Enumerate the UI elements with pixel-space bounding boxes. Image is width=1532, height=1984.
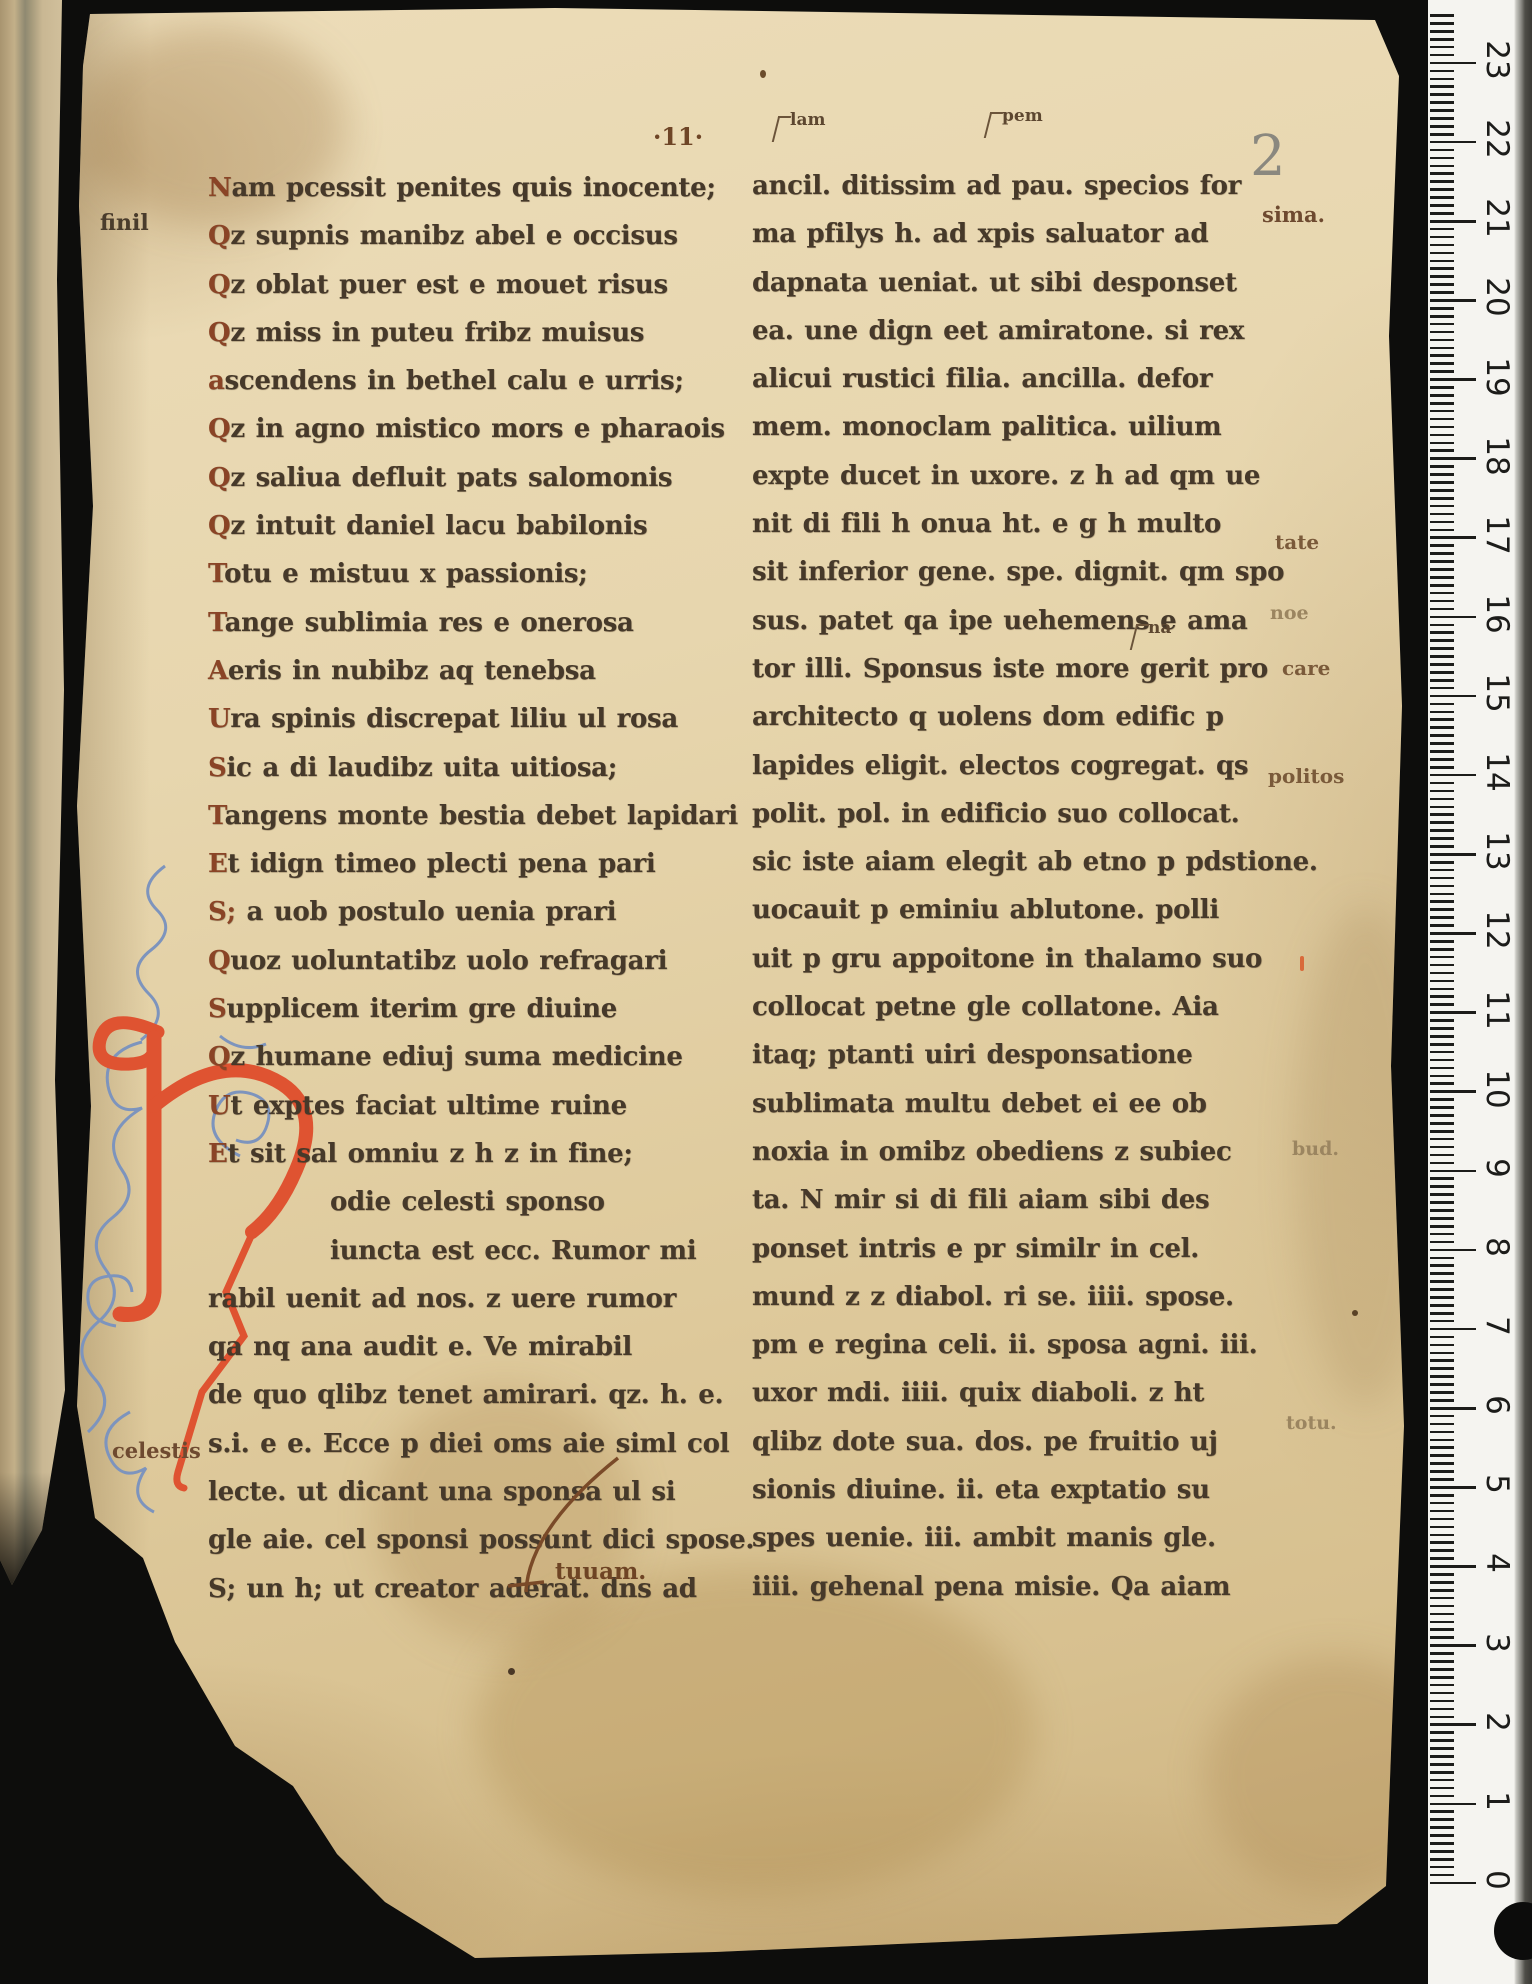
ruler-tick	[1430, 1462, 1454, 1465]
manuscript-line: mund z z diabol. ri se. iiii. spose.	[752, 1273, 1272, 1321]
ruler-tick	[1430, 655, 1454, 658]
ruler-tick	[1430, 687, 1454, 690]
manuscript-line: Qz miss in puteu fribz muisus	[208, 309, 728, 357]
ruler-tick	[1430, 1257, 1454, 1260]
ruler-tick	[1430, 1810, 1454, 1813]
ruler-tick-major	[1430, 1011, 1476, 1014]
ruler-tick	[1430, 1589, 1454, 1592]
ruler-tick	[1430, 568, 1454, 571]
ruler-tick	[1430, 829, 1454, 832]
ruler-tick	[1430, 980, 1454, 983]
ruler-tick	[1430, 679, 1454, 682]
manuscript-line: sit inferior gene. spe. dignit. qm spo	[752, 548, 1272, 596]
manuscript-line: Ut exptes faciat ultime ruine	[208, 1082, 728, 1130]
ruler-tick	[1430, 370, 1454, 373]
manuscript-line: Sic a di laudibz uita uitiosa;	[208, 744, 728, 792]
ruler-tick	[1430, 22, 1454, 25]
ruler-tick	[1430, 671, 1454, 674]
ruler-tick	[1430, 964, 1454, 967]
ruler-tick	[1430, 133, 1454, 136]
ruler-tick	[1430, 1288, 1454, 1291]
ruler-tick	[1430, 481, 1454, 484]
ruler-tick-major	[1430, 774, 1476, 777]
ruler-tick	[1430, 1003, 1454, 1006]
ruler-tick	[1430, 821, 1454, 824]
ruler-tick	[1430, 1747, 1454, 1750]
ruler-tick	[1430, 1470, 1454, 1473]
manuscript-line: Qz oblat puer est e mouet risus	[208, 261, 728, 309]
ruler-tick-major	[1430, 299, 1476, 302]
manuscript-line: Qz in agno mistico mors e pharaois	[208, 405, 728, 453]
ruler-tick	[1430, 544, 1454, 547]
ruler-tick-major	[1430, 1328, 1476, 1331]
ruler-number: 12	[1479, 909, 1515, 951]
ruler-tick	[1430, 1858, 1454, 1861]
ruler-tick-major	[1430, 695, 1476, 698]
manuscript-line: s.i. e e. Ecce p diei oms aie siml col	[208, 1420, 728, 1468]
ruler-tick-major	[1430, 1565, 1476, 1568]
ruler-number: 11	[1479, 989, 1515, 1031]
ruler-tick	[1430, 592, 1454, 595]
ruler-tick	[1430, 703, 1454, 706]
manuscript-line: Tangens monte bestia debet lapidari	[208, 792, 728, 840]
ruler-tick-major	[1430, 220, 1476, 223]
ruler-number: 4	[1479, 1542, 1515, 1584]
ruler-number: 8	[1479, 1226, 1515, 1268]
ruler-tick	[1430, 995, 1454, 998]
ruler-tick	[1430, 196, 1454, 199]
ruler-tick	[1430, 1114, 1454, 1117]
ruler-tick	[1430, 109, 1454, 112]
ruler-tick	[1430, 1098, 1454, 1101]
manuscript-line: dapnata ueniat. ut sibi desponset	[752, 259, 1272, 307]
ruler-tick	[1430, 1431, 1454, 1434]
manuscript-line: alicui rustici filia. ancilla. defor	[752, 355, 1272, 403]
ruler-tick	[1430, 291, 1454, 294]
ruler-tick	[1430, 1771, 1454, 1774]
ruler-tick	[1430, 1415, 1454, 1418]
ruler-number: 7	[1479, 1305, 1515, 1347]
manuscript-line: gle aie. cel sponsi possunt dici spose.	[208, 1516, 728, 1564]
ruler-tick	[1430, 782, 1454, 785]
parchment-stain	[1205, 1656, 1465, 1896]
manuscript-line: ascendens in bethel calu e urris;	[208, 357, 728, 405]
ruler-number: 3	[1479, 1622, 1515, 1664]
ruler-tick	[1430, 1668, 1454, 1671]
ruler-tick	[1430, 513, 1454, 516]
ruler-tick	[1430, 117, 1454, 120]
ruler-tick	[1430, 885, 1454, 888]
ruler-number: 5	[1479, 1463, 1515, 1505]
ruler-tick	[1430, 521, 1454, 524]
ruler-tick-major	[1430, 536, 1476, 539]
ruler-tick	[1430, 244, 1454, 247]
ruler-tick	[1430, 908, 1454, 911]
margin-note: noe	[1270, 602, 1309, 624]
ruler-tick	[1430, 1272, 1454, 1275]
ruler-tick	[1430, 608, 1454, 611]
ruler-tick	[1430, 1154, 1454, 1157]
manuscript-line: sublimata multu debet ei ee ob	[752, 1080, 1272, 1128]
margin-note: politos	[1268, 764, 1344, 788]
ruler-tick	[1430, 1534, 1454, 1537]
ruler-tick	[1430, 1352, 1454, 1355]
ruler-tick	[1430, 734, 1454, 737]
manuscript-line: de quo qlibz tenet amirari. qz. h. e.	[208, 1371, 728, 1419]
ruler-tick	[1430, 1866, 1454, 1869]
ruler-tick	[1430, 85, 1454, 88]
ruler-tick	[1430, 1367, 1454, 1370]
manuscript-line: lecte. ut dicant una sponsa ul si	[208, 1468, 728, 1516]
manuscript-line: uocauit p eminiu ablutone. polli	[752, 886, 1272, 934]
margin-note: tate	[1275, 530, 1319, 554]
manuscript-line: architecto q uolens dom edific p	[752, 693, 1272, 741]
ruler-tick	[1430, 1700, 1454, 1703]
ruler-tick	[1430, 893, 1454, 896]
ruler-tick-major	[1430, 1644, 1476, 1647]
manuscript-line: odie celesti sponso	[208, 1178, 728, 1226]
pencil-foliation: 2	[1250, 124, 1286, 189]
ruler-number: 21	[1479, 197, 1515, 239]
ruler-tick	[1430, 1241, 1454, 1244]
ruler-number: 20	[1479, 276, 1515, 318]
ruler-tick	[1430, 331, 1454, 334]
ruler-tick	[1430, 529, 1454, 532]
ruler-tick	[1430, 505, 1454, 508]
ruler-tick	[1430, 93, 1454, 96]
ruler-tick	[1430, 560, 1454, 563]
margin-note: care	[1282, 656, 1330, 680]
ruler-tick	[1430, 718, 1454, 721]
manuscript-line: collocat petne gle collatone. Aia	[752, 983, 1272, 1031]
interlinear-gloss: na	[1148, 618, 1171, 638]
margin-note: sima.	[1262, 202, 1325, 227]
ruler-tick	[1430, 1059, 1454, 1062]
ruler-tick	[1430, 576, 1454, 579]
ruler-tick	[1430, 790, 1454, 793]
ruler-tick	[1430, 1763, 1454, 1766]
manuscript-line: Quoz uoluntatibz uolo refragari	[208, 937, 728, 985]
ruler-number: 10	[1479, 1068, 1515, 1110]
ruler-tick	[1430, 948, 1454, 951]
ruler-tick	[1430, 1336, 1454, 1339]
ruler-tick	[1430, 30, 1454, 33]
ruler-tick	[1430, 1075, 1454, 1078]
ruler-tick	[1430, 1874, 1454, 1877]
ruler-tick	[1430, 1201, 1454, 1204]
ruler-tick	[1430, 1613, 1454, 1616]
ruler-tick	[1430, 1106, 1454, 1109]
text-column-left: Nam pcessit penites quis inocente;Qz sup…	[208, 164, 728, 1613]
ruler-tick	[1430, 1185, 1454, 1188]
ruler-tick	[1430, 1344, 1454, 1347]
ruler-tick-major	[1430, 141, 1476, 144]
manuscript-line: sic iste aiam elegit ab etno p pdstione.	[752, 838, 1272, 886]
manuscript-line: iuncta est ecc. Rumor mi	[208, 1227, 728, 1275]
margin-note: celestis	[112, 1438, 201, 1463]
ruler-tick	[1430, 798, 1454, 801]
manuscript-line: Et sit sal omniu z h z in fine;	[208, 1130, 728, 1178]
ruler-tick-major	[1430, 1170, 1476, 1173]
manuscript-line: mem. monoclam palitica. uilium	[752, 403, 1272, 451]
ruler-tick	[1430, 877, 1454, 880]
ruler-number: 17	[1479, 514, 1515, 556]
ruler-tick	[1430, 869, 1454, 872]
ruler-tick	[1430, 647, 1454, 650]
ruler-tick	[1430, 1035, 1454, 1038]
ruler-tick	[1430, 1716, 1454, 1719]
ruler-tick	[1430, 275, 1454, 278]
ruler-tick	[1430, 584, 1454, 587]
ruler-tick	[1430, 1304, 1454, 1307]
ruler-number: 15	[1479, 672, 1515, 714]
ruler-tick	[1430, 1359, 1454, 1362]
ruler-tick	[1430, 1826, 1454, 1829]
ruler-tick	[1430, 1225, 1454, 1228]
ruler-number: 19	[1479, 356, 1515, 398]
ruler-tick-major	[1430, 1723, 1476, 1726]
interlinear-gloss: pem	[1002, 106, 1043, 126]
ruler-tick	[1430, 663, 1454, 666]
manuscript-line: sus. patet qa ipe uehemens e ama	[752, 597, 1272, 645]
manuscript-line: lapides eligit. electos cogregat. qs	[752, 742, 1272, 790]
manuscript-line: Supplicem iterim gre diuine	[208, 985, 728, 1033]
margin-note: bud.	[1292, 1138, 1339, 1160]
ruler-tick	[1430, 726, 1454, 729]
ruler-tick	[1430, 1573, 1454, 1576]
ruler-tick	[1430, 1581, 1454, 1584]
ruler-tick	[1430, 267, 1454, 270]
ruler-tick-major	[1430, 932, 1476, 935]
manuscript-line: Qz saliua defluit pats salomonis	[208, 454, 728, 502]
ruler-tick	[1430, 1597, 1454, 1600]
ruler-tick	[1430, 956, 1454, 959]
text-column-right: ancil. ditissim ad pau. specios forma pf…	[752, 162, 1272, 1611]
ruler-tick	[1430, 1027, 1454, 1030]
ruler-tick	[1430, 386, 1454, 389]
manuscript-line: S; a uob postulo uenia prari	[208, 888, 728, 936]
ruler-tick-major	[1430, 457, 1476, 460]
ruler-tick	[1430, 631, 1454, 634]
ruler-tick	[1430, 1454, 1454, 1457]
ruler-tick	[1430, 402, 1454, 405]
ruler-tick	[1430, 418, 1454, 421]
margin-note: totu.	[1286, 1412, 1337, 1434]
ruler-tick	[1430, 1082, 1454, 1085]
ruler-tick	[1430, 426, 1454, 429]
ruler-tick	[1430, 394, 1454, 397]
ink-speck	[508, 1668, 515, 1675]
photograph: ·11· Nam pcessit penites quis inocente;Q…	[0, 0, 1532, 1984]
ruler-corner-dot	[1494, 1902, 1532, 1960]
manuscript-line: Aeris in nubibz aq tenebsa	[208, 647, 728, 695]
ruler-tick	[1430, 916, 1454, 919]
ruler-tick	[1430, 1731, 1454, 1734]
ruler-tick	[1430, 14, 1454, 17]
ruler-tick	[1430, 1518, 1454, 1521]
ruler-number: 18	[1479, 435, 1515, 477]
ruler-tick	[1430, 988, 1454, 991]
ruler-tick	[1430, 1162, 1454, 1165]
ruler-number: 22	[1479, 118, 1515, 160]
ruler-tick	[1430, 180, 1454, 183]
ruler-tick	[1430, 624, 1454, 627]
ruler-tick	[1430, 1217, 1454, 1220]
ruler-number: 2	[1479, 1701, 1515, 1743]
manuscript-line: noxia in omibz obediens z subiec	[752, 1128, 1272, 1176]
ruler-tick	[1430, 845, 1454, 848]
ruler-tick	[1430, 307, 1454, 310]
ruler-tick	[1430, 228, 1454, 231]
ruler-tick	[1430, 924, 1454, 927]
ruler-tick	[1430, 750, 1454, 753]
manuscript-line: tor illi. Sponsus iste more gerit pro	[752, 645, 1272, 693]
manuscript-line: spes uenie. iii. ambit manis gle.	[752, 1514, 1272, 1562]
ink-speck	[760, 70, 766, 78]
ruler-tick	[1430, 758, 1454, 761]
ruler-tick	[1430, 339, 1454, 342]
ruler-tick-major	[1430, 1486, 1476, 1489]
ruler-tick	[1430, 1541, 1454, 1544]
ruler-tick	[1430, 497, 1454, 500]
ruler-tick	[1430, 552, 1454, 555]
ink-speck	[1352, 1310, 1358, 1316]
ruler-tick	[1430, 837, 1454, 840]
margin-note: finil	[100, 210, 149, 236]
ruler-tick	[1430, 742, 1454, 745]
folio-number: ·11·	[653, 122, 703, 151]
ruler-tick	[1430, 1787, 1454, 1790]
ruler-number: 6	[1479, 1384, 1515, 1426]
manuscript-line: Et idign timeo plecti pena pari	[208, 840, 728, 888]
manuscript-line: itaq; ptanti uiri desponsatione	[752, 1031, 1272, 1079]
ruler-number: 9	[1479, 1147, 1515, 1189]
ruler-tick	[1430, 1628, 1454, 1631]
manuscript-line: qa nq ana audit e. Ve mirabil	[208, 1323, 728, 1371]
ruler-tick	[1430, 1660, 1454, 1663]
manuscript-line: Totu e mistuu x passionis;	[208, 550, 728, 598]
ruler-tick	[1430, 1122, 1454, 1125]
ruler-tick	[1430, 354, 1454, 357]
ruler-tick	[1430, 1264, 1454, 1267]
ruler-tick	[1430, 1130, 1454, 1133]
manuscript-line: ma pfilys h. ad xpis saluator ad	[752, 210, 1272, 258]
manuscript-line: S; un h; ut creator aderat. dns ad	[208, 1565, 728, 1613]
ruler-tick	[1430, 1549, 1454, 1552]
ruler-tick	[1430, 157, 1454, 160]
manuscript-line: qlibz dote sua. dos. pe fruitio uj	[752, 1418, 1272, 1466]
ruler-tick	[1430, 1850, 1454, 1853]
interlinear-gloss: lam	[790, 110, 825, 130]
ruler-tick	[1430, 1383, 1454, 1386]
ruler-tick	[1430, 410, 1454, 413]
manuscript-line: Qz supnis manibz abel e occisus	[208, 212, 728, 260]
manuscript-line: Qz humane ediuj suma medicine	[208, 1033, 728, 1081]
ruler-tick	[1430, 442, 1454, 445]
ruler-tick	[1430, 465, 1454, 468]
ruler-tick	[1430, 1621, 1454, 1624]
ruler-tick	[1430, 165, 1454, 168]
ruler-tick	[1430, 1494, 1454, 1497]
manuscript-line: ponset intris e pr similr in cel.	[752, 1225, 1272, 1273]
ruler-tick	[1430, 711, 1454, 714]
ruler-tick	[1430, 972, 1454, 975]
ruler-tick	[1430, 1233, 1454, 1236]
manuscript-line: Ura spinis discrepat liliu ul rosa	[208, 695, 728, 743]
ruler-tick	[1430, 1557, 1454, 1560]
ruler-tick	[1430, 1177, 1454, 1180]
ruler-number: 16	[1479, 593, 1515, 635]
manuscript-line: ea. une dign eet amiratone. si rex	[752, 307, 1272, 355]
ruler-tick	[1430, 172, 1454, 175]
manuscript-line: Qz intuit daniel lacu babilonis	[208, 502, 728, 550]
ruler-tick	[1430, 1312, 1454, 1315]
ruler-tick	[1430, 1193, 1454, 1196]
ruler-tick	[1430, 1320, 1454, 1323]
ruler-tick	[1430, 212, 1454, 215]
ruler-tick	[1430, 1296, 1454, 1299]
ruler-tick	[1430, 1423, 1454, 1426]
ruler-tick	[1430, 1755, 1454, 1758]
ruler-tick-major	[1430, 62, 1476, 65]
ruler-tick	[1430, 1375, 1454, 1378]
ruler-tick	[1430, 315, 1454, 318]
ruler-tick	[1430, 900, 1454, 903]
ruler-tick	[1430, 1391, 1454, 1394]
red-ink-mark	[1300, 956, 1304, 971]
ruler-number: 23	[1479, 39, 1515, 81]
ruler-tick	[1430, 54, 1454, 57]
ruler-tick	[1430, 1510, 1454, 1513]
manuscript-line: sionis diuine. ii. eta exptatio su	[752, 1466, 1272, 1514]
manuscript-line: uit p gru appoitone in thalamo suo	[752, 935, 1272, 983]
ruler-tick	[1430, 1676, 1454, 1679]
ruler-number: 13	[1479, 830, 1515, 872]
ruler-tick	[1430, 473, 1454, 476]
ruler-number: 1	[1479, 1780, 1515, 1822]
ruler-tick	[1430, 252, 1454, 255]
ruler-tick-major	[1430, 853, 1476, 856]
manuscript-line: expte ducet in uxore. z h ad qm ue	[752, 452, 1272, 500]
ruler-tick	[1430, 1019, 1454, 1022]
ruler-tick	[1430, 204, 1454, 207]
ruler-tick	[1430, 940, 1454, 943]
manuscript-line: nit di fili h onua ht. e g h multo	[752, 500, 1272, 548]
ruler-tick	[1430, 1818, 1454, 1821]
ruler-tick	[1430, 1605, 1454, 1608]
ruler-tick	[1430, 1708, 1454, 1711]
ruler-tick	[1430, 260, 1454, 263]
ruler-tick	[1430, 1146, 1454, 1149]
ruler-tick	[1430, 1834, 1454, 1837]
manuscript-page: ·11· Nam pcessit penites quis inocente;Q…	[55, 6, 1407, 1958]
ruler-tick	[1430, 78, 1454, 81]
measurement-ruler: 01234567891011121314151617181920212223	[1428, 0, 1532, 1984]
ruler-tick	[1430, 639, 1454, 642]
ruler-tick	[1430, 1399, 1454, 1402]
ruler-number: 0	[1479, 1859, 1515, 1901]
ruler-tick	[1430, 1684, 1454, 1687]
ruler-tick	[1430, 1446, 1454, 1449]
ruler-tick	[1430, 1138, 1454, 1141]
manuscript-line: rabil uenit ad nos. z uere rumor	[208, 1275, 728, 1323]
manuscript-line: Tange sublimia res e onerosa	[208, 599, 728, 647]
ruler-tick	[1430, 1439, 1454, 1442]
manuscript-line: polit. pol. in edificio suo collocat.	[752, 790, 1272, 838]
ruler-tick-major	[1430, 1090, 1476, 1093]
ruler-tick	[1430, 1739, 1454, 1742]
ruler-tick	[1430, 101, 1454, 104]
